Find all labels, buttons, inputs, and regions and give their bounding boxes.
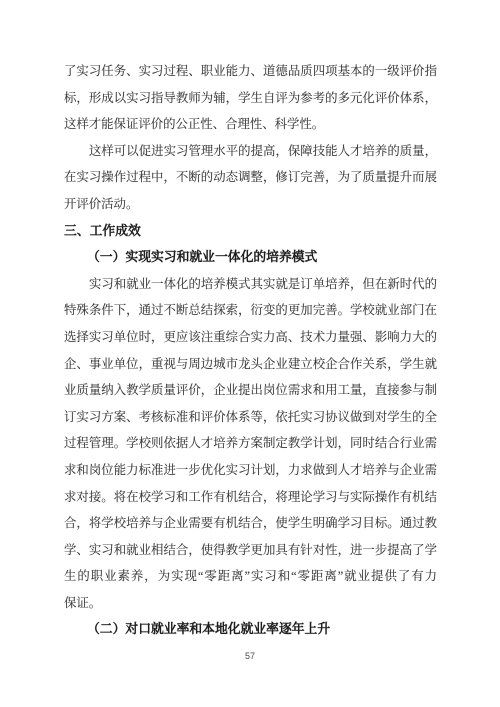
- paragraph-training-model-details: 实习和就业一体化的培养模式其实就是订单培养，但在新时代的 特殊条件下，通过不断总…: [64, 271, 437, 617]
- paragraph-evaluation-indicators: 了实习任务、实习过程、职业能力、道德品质四项基本的一级评价指 标，形成以实习指导…: [64, 58, 437, 138]
- page-number: 57: [0, 651, 500, 661]
- subsection-heading-integrated-training-model: （一）实现实习和就业一体化的培养模式: [64, 244, 437, 271]
- text-line: 这样才能保证评价的公正性、合理性、科学性。: [64, 111, 437, 138]
- subsection-heading-employment-rate: （二）对口就业率和本地化就业率逐年上升: [64, 616, 437, 643]
- document-page: 了实习任务、实习过程、职业能力、道德品质四项基本的一级评价指 标，形成以实习指导…: [0, 0, 500, 707]
- text-line: 学、实习和就业相结合，使得教学更加具有针对性，进一步提高了学: [64, 537, 437, 564]
- page-content: 了实习任务、实习过程、职业能力、道德品质四项基本的一级评价指 标，形成以实习指导…: [64, 58, 437, 643]
- text-line: 业质量纳入教学质量评价，企业提出岗位需求和用工量，直接参与制: [64, 377, 437, 404]
- section-heading-work-results: 三、工作成效: [64, 218, 437, 245]
- text-line: 求对接。将在校学习和工作有机结合，将理论学习与实际操作有机结: [64, 484, 437, 511]
- paragraph-management-improvement: 这样可以促进实习管理水平的提高，保障技能人才培养的质量， 在实习操作过程中，不断…: [64, 138, 437, 218]
- text-line: 开评价活动。: [64, 191, 437, 218]
- text-line: 实习和就业一体化的培养模式其实就是订单培养，但在新时代的: [64, 271, 437, 298]
- text-line: 生的职业素养，为实现“零距离”实习和“零距离”就业提供了有力: [64, 563, 437, 590]
- text-line: 在实习操作过程中，不断的动态调整，修订完善，为了质量提升而展: [64, 164, 437, 191]
- text-line: 了实习任务、实习过程、职业能力、道德品质四项基本的一级评价指: [64, 58, 437, 85]
- text-line: 过程管理。学校则依据人才培养方案制定教学计划，同时结合行业需: [64, 430, 437, 457]
- text-line: 求和岗位能力标准进一步优化实习计划，力求做到人才培养与企业需: [64, 457, 437, 484]
- text-line: 特殊条件下，通过不断总结探索，衍变的更加完善。学校就业部门在: [64, 297, 437, 324]
- text-line: 标，形成以实习指导教师为辅，学生自评为参考的多元化评价体系，: [64, 85, 437, 112]
- text-line: 选择实习单位时，更应该注重综合实力高、技术力量强、影响力大的: [64, 324, 437, 351]
- text-line: 这样可以促进实习管理水平的提高，保障技能人才培养的质量，: [64, 138, 437, 165]
- text-line: 订实习方案、考核标准和评价体系等，依托实习协议做到对学生的全: [64, 404, 437, 431]
- text-line: 保证。: [64, 590, 437, 617]
- text-line: 合，将学校培养与企业需要有机结合，使学生明确学习目标。通过教: [64, 510, 437, 537]
- text-line: 企、事业单位，重视与周边城市龙头企业建立校企合作关系，学生就: [64, 351, 437, 378]
